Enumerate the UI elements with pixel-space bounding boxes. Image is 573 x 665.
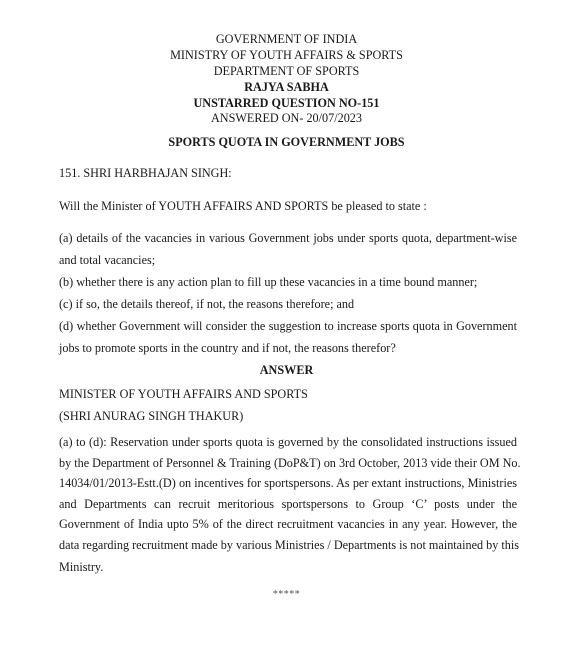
document-title: SPORTS QUOTA IN GOVERNMENT JOBS: [0, 135, 573, 149]
answer-minister-name: (SHRI ANURAG SINGH THAKUR): [59, 409, 243, 423]
header-house: RAJYA SABHA: [0, 80, 573, 94]
header-government: GOVERNMENT OF INDIA: [0, 32, 573, 46]
answer-body-line: data regarding recruitment made by vario…: [59, 538, 517, 552]
answer-body-line: Government of India upto 5% of the direc…: [59, 517, 517, 531]
answer-heading: ANSWER: [0, 363, 573, 377]
question-part-d: (d) whether Government will consider the…: [59, 319, 517, 333]
header-answered-on: ANSWERED ON- 20/07/2023: [0, 111, 573, 125]
answer-minister-title: MINISTER OF YOUTH AFFAIRS AND SPORTS: [59, 387, 308, 401]
question-part-b: (b) whether there is any action plan to …: [59, 275, 477, 289]
document-page: GOVERNMENT OF INDIA MINISTRY OF YOUTH AF…: [0, 0, 573, 665]
header-department: DEPARTMENT OF SPORTS: [0, 64, 573, 78]
question-part-a-cont: and total vacancies;: [59, 253, 155, 267]
header-question-number: UNSTARRED QUESTION NO-151: [0, 96, 573, 110]
question-part-c: (c) if so, the details thereof, if not, …: [59, 297, 354, 311]
question-intro: Will the Minister of YOUTH AFFAIRS AND S…: [59, 199, 427, 213]
question-part-d-cont: jobs to promote sports in the country an…: [59, 341, 396, 355]
end-mark: *****: [0, 588, 573, 602]
answer-body-last-line: Ministry.: [59, 560, 103, 574]
question-member: 151. SHRI HARBHAJAN SINGH:: [59, 166, 232, 180]
answer-body-line: 14034/01/2013-Estt.(D) on incentives for…: [59, 476, 517, 490]
answer-body-line: by the Department of Personnel & Trainin…: [59, 456, 517, 470]
answer-body-line: and Departments can recruit meritorious …: [59, 497, 517, 511]
header-ministry: MINISTRY OF YOUTH AFFAIRS & SPORTS: [0, 48, 573, 62]
answer-body-line: (a) to (d): Reservation under sports quo…: [59, 435, 517, 449]
question-part-a: (a) details of the vacancies in various …: [59, 231, 517, 245]
